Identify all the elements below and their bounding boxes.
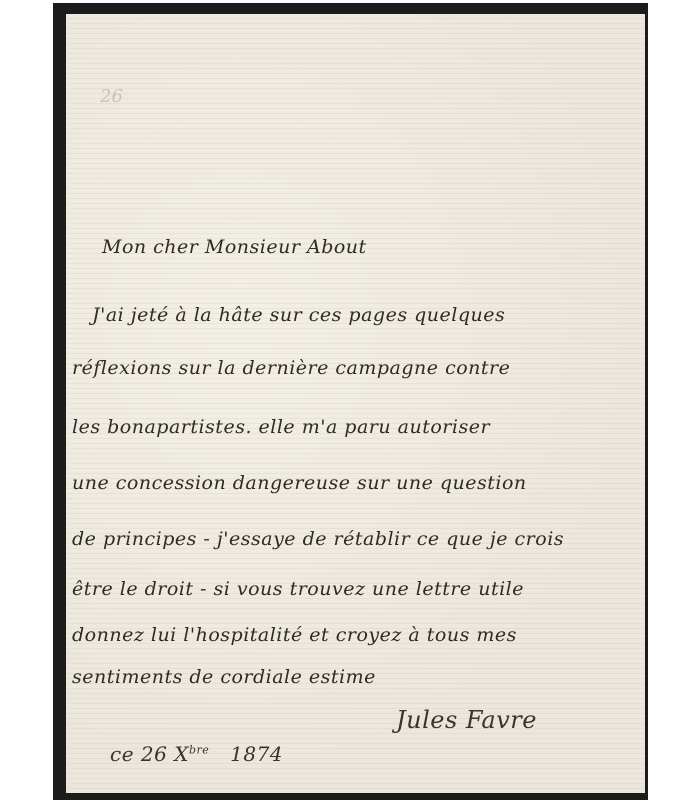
body-line-5: de principes - j'essaye de rétablir ce q… (72, 528, 564, 550)
body-line-2: réflexions sur la dernière campagne cont… (72, 357, 510, 379)
body-line-4: une concession dangereuse sur une questi… (72, 472, 527, 494)
date-year: 1874 (230, 742, 283, 766)
date-line: ce 26 Xbre 1874 (110, 742, 283, 766)
body-line-1: J'ai jeté à la hâte sur ces pages quelqu… (92, 304, 505, 326)
signature: Jules Favre (396, 706, 537, 734)
body-line-7: donnez lui l'hospitalité et croyez à tou… (72, 624, 517, 646)
date-month-superscript: bre (189, 743, 209, 756)
body-line-3: les bonapartistes. elle m'a paru autoris… (72, 416, 490, 438)
pencil-annotation: 26 (100, 86, 123, 107)
letter-paper: 26 Mon cher Monsieur About J'ai jeté à l… (66, 14, 645, 793)
body-line-8: sentiments de cordiale estime (72, 666, 376, 688)
scan-background: 26 Mon cher Monsieur About J'ai jeté à l… (0, 0, 700, 800)
date-prefix: ce 26 (110, 742, 167, 766)
date-month: X (174, 742, 189, 766)
salutation: Mon cher Monsieur About (102, 236, 367, 258)
body-line-6: être le droit - si vous trouvez une lett… (72, 578, 524, 600)
